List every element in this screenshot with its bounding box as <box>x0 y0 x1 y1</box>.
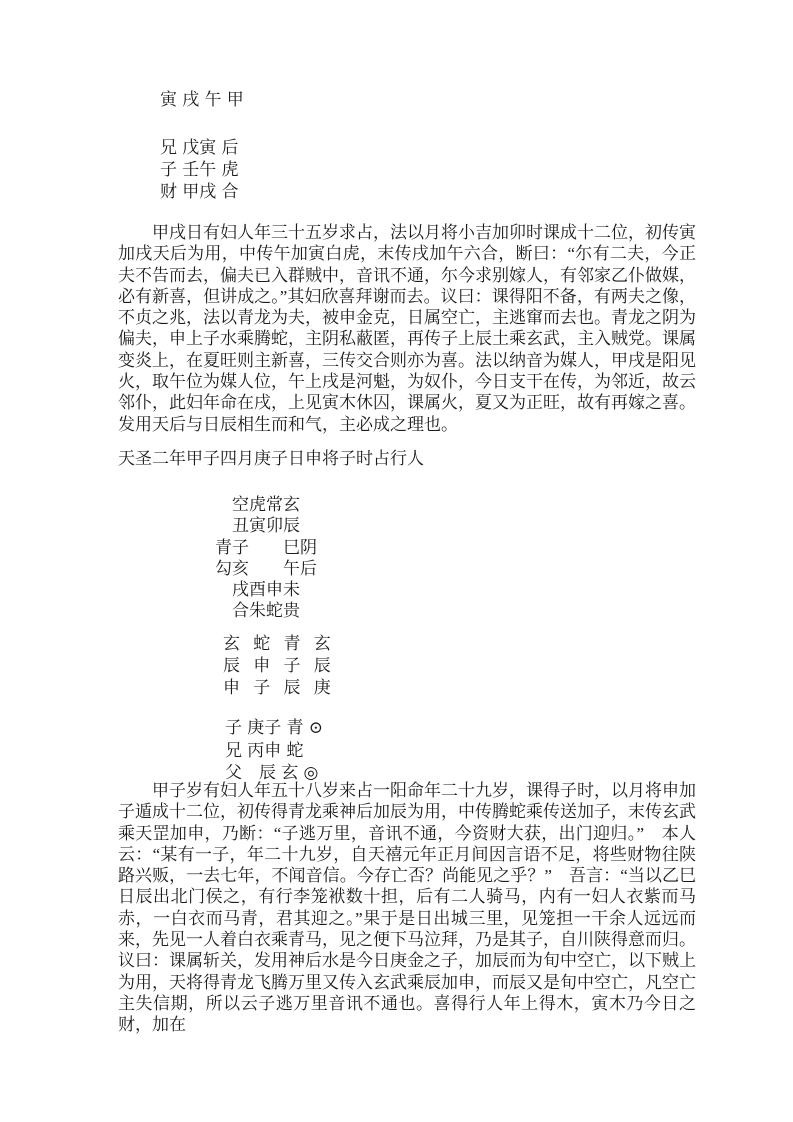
three-transmissions-row: 兄 丙申 蛇 <box>225 740 323 763</box>
three-transmissions-row: 子 庚子 青 ⊙ <box>225 717 323 740</box>
first-case-commentary-paragraph: 甲戌日有妇人年三十五岁求占，法以月将小吉加卯时课成十二位，初传寅加戌天后为用，中… <box>118 222 696 435</box>
heaven-plate-row: 青子 巳阴 <box>215 537 317 558</box>
four-lessons-row: 申 子 辰 庚 <box>223 677 331 699</box>
heaven-plate-row: 戌酉申未 <box>215 579 317 600</box>
second-case-title: 天圣二年甲子四月庚子日申将子时占行人 <box>118 448 424 469</box>
four-lessons-row: 玄 蛇 青 玄 <box>223 633 331 655</box>
first-case-row: 财 甲戌 合 <box>160 181 244 203</box>
first-case-row: 兄 戊寅 后 <box>160 137 244 159</box>
first-case-transmissions-row: 寅 戌 午 甲 <box>160 89 244 111</box>
heaven-plate-row: 丑寅卯辰 <box>215 515 317 536</box>
second-case-commentary-paragraph: 甲子岁有妇人年五十八岁来占一阳命年二十九岁，课得子时，以月将申加子遁成十二位，初… <box>118 780 696 1036</box>
spacer <box>160 111 244 137</box>
first-case-chart: 寅 戌 午 甲 兄 戊寅 后 子 壬午 虎 财 甲戌 合 <box>160 89 244 203</box>
three-transmissions-diagram: 子 庚子 青 ⊙ 兄 丙申 蛇 父 辰 玄 ◎ <box>225 717 323 785</box>
four-lessons-diagram: 玄 蛇 青 玄 辰 申 子 辰 申 子 辰 庚 <box>223 633 331 699</box>
heaven-plate-row: 勾亥 午后 <box>215 558 317 579</box>
four-lessons-row: 辰 申 子 辰 <box>223 655 331 677</box>
heaven-plate-row: 合朱蛇贵 <box>215 600 317 621</box>
heaven-plate-row: 空虎常玄 <box>215 494 317 515</box>
document-page: 寅 戌 午 甲 兄 戊寅 后 子 壬午 虎 财 甲戌 合 甲戌日有妇人年三十五岁… <box>0 0 793 1122</box>
heaven-plate-diagram: 空虎常玄 丑寅卯辰 青子 巳阴 勾亥 午后 戌酉申未 合朱蛇贵 <box>215 494 317 622</box>
first-case-row: 子 壬午 虎 <box>160 159 244 181</box>
